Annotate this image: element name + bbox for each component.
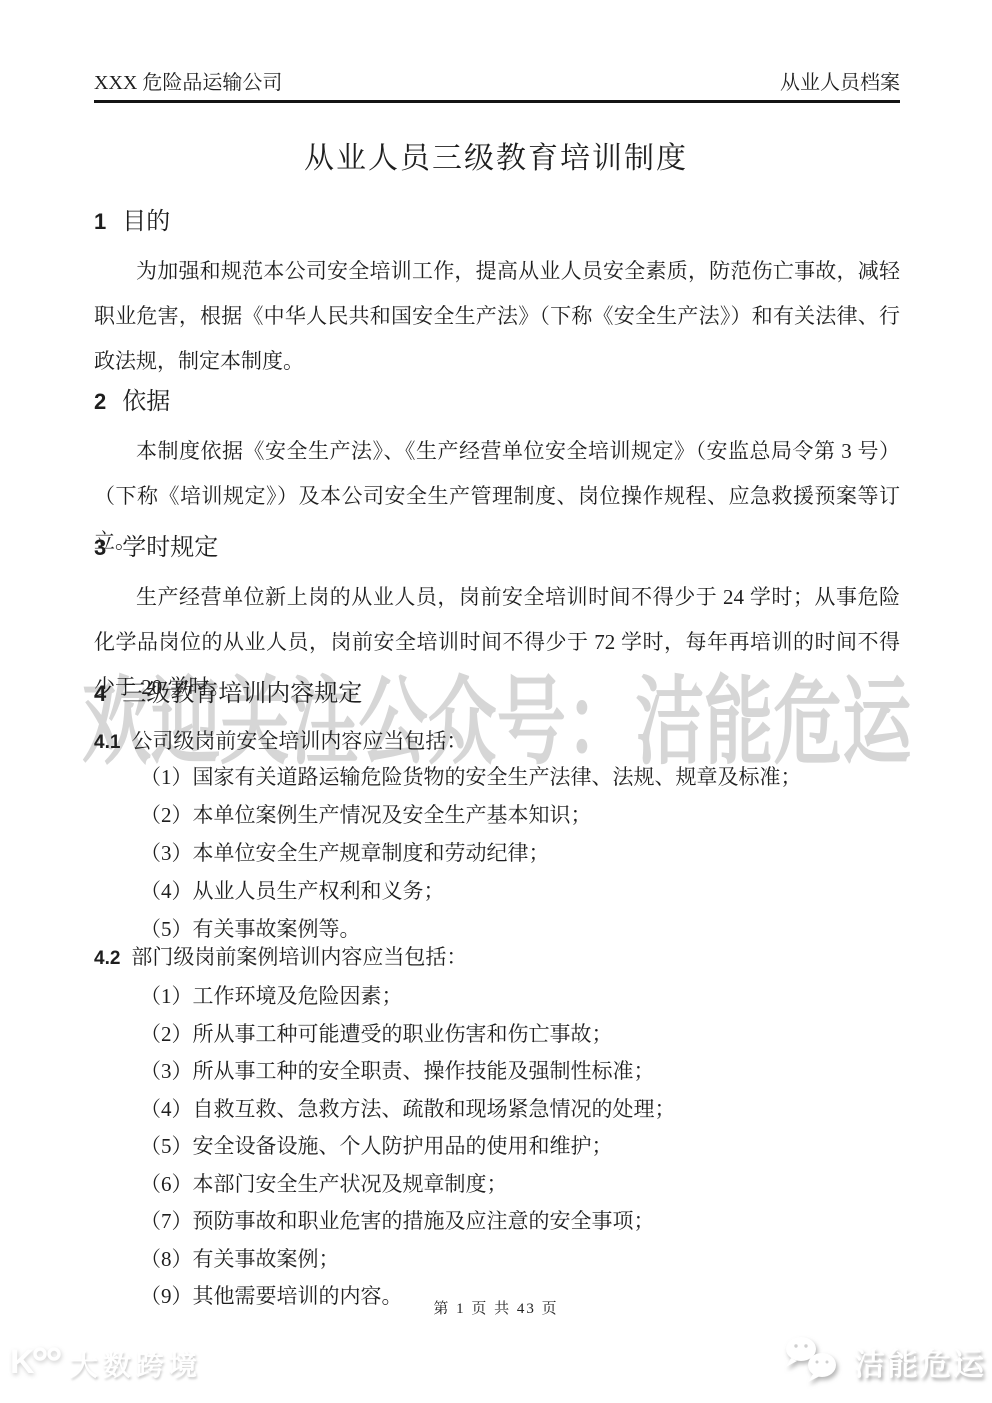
section-4-heading-text: 三级教育培训内容规定: [122, 681, 362, 707]
section-purpose: 1目的 为加强和规范本公司安全培训工作，提高从业人员安全素质，防范伤亡事故，减轻…: [94, 206, 900, 384]
list-item: （6）本部门安全生产状况及规章制度；: [140, 1166, 900, 1204]
section-2-heading-text: 依据: [122, 389, 170, 415]
section-1-number: 1: [94, 209, 106, 234]
section-3-heading: 3学时规定: [94, 532, 900, 564]
section-1-heading-text: 目的: [122, 209, 170, 235]
subsection-4-2-number: 4.2: [94, 948, 120, 969]
list-item: （4）自救互救、急救方法、疏散和现场紧急情况的处理；: [140, 1091, 900, 1129]
list-item: （8）有关事故案例；: [140, 1241, 900, 1279]
jieneng-weiyun-logo: 洁能危运: [782, 1334, 986, 1389]
section-3-number: 3: [94, 535, 106, 560]
section-1-body: 为加强和规范本公司安全培训工作，提高从业人员安全素质，防范伤亡事故，减轻职业危害…: [94, 249, 900, 384]
subsection-4-2-heading: 4.2部门级岗前案例培训内容应当包括：: [94, 942, 900, 974]
list-item: （3）本单位安全生产规章制度和劳动纪律；: [140, 834, 900, 872]
section-training-content: 4三级教育培训内容规定: [94, 678, 900, 710]
jieneng-weiyun-logo-text: 洁能危运: [854, 1339, 986, 1384]
section-4-number: 4: [94, 681, 106, 706]
list-item: （4）从业人员生产权利和义务；: [140, 872, 900, 910]
list-item: （2）本单位案例生产情况及安全生产基本知识；: [140, 796, 900, 834]
list-item: （5）安全设备设施、个人防护用品的使用和维护；: [140, 1128, 900, 1166]
list-item: （3）所从事工种的安全职责、操作技能及强制性标准；: [140, 1053, 900, 1091]
svg-text:K: K: [10, 1343, 35, 1380]
list-item: （7）预防事故和职业危害的措施及应注意的安全事项；: [140, 1203, 900, 1241]
section-4-heading: 4三级教育培训内容规定: [94, 678, 900, 710]
document-title: 从业人员三级教育培训制度: [0, 133, 992, 177]
subsection-4-1-heading: 4.1公司级岗前安全培训内容应当包括：: [94, 726, 900, 758]
page-header: XXX 危险品运输公司 从业人员档案: [94, 66, 900, 103]
subsection-4-2-heading-text: 部门级岗前案例培训内容应当包括：: [131, 945, 467, 969]
document-page: 欢迎关注公众号：洁能危运 XXX 危险品运输公司 从业人员档案 从业人员三级教育…: [0, 0, 992, 1403]
page-footer: 第 1 页 共 43 页: [0, 1297, 992, 1318]
list-item: （1）国家有关道路运输危险货物的安全生产法律、法规、规章及标准；: [140, 758, 900, 796]
section-3-heading-text: 学时规定: [122, 535, 218, 561]
section-2-number: 2: [94, 389, 106, 414]
subsection-4-1-number: 4.1: [94, 732, 120, 753]
wechat-bubbles-icon: [782, 1334, 844, 1389]
dashukuajing-logo: K 大数跨境: [10, 1342, 202, 1385]
dashukuajing-logo-text: 大数跨境: [70, 1344, 202, 1384]
subsection-4-1-heading-text: 公司级岗前安全培训内容应当包括：: [131, 729, 467, 753]
list-item: （1）工作环境及危险因素；: [140, 978, 900, 1016]
section-1-heading: 1目的: [94, 206, 900, 238]
subsection-4-2-list: （1）工作环境及危险因素； （2）所从事工种可能遭受的职业伤害和伤亡事故； （3…: [140, 978, 900, 1316]
subsection-4-1-list: （1）国家有关道路运输危险货物的安全生产法律、法规、规章及标准； （2）本单位案…: [140, 758, 900, 948]
header-archive-label: 从业人员档案: [780, 66, 900, 95]
section-2-heading: 2依据: [94, 386, 900, 418]
list-item: （2）所从事工种可能遭受的职业伤害和伤亡事故；: [140, 1016, 900, 1054]
k-circles-icon: K: [10, 1342, 62, 1385]
header-company-name: XXX 危险品运输公司: [94, 66, 282, 95]
